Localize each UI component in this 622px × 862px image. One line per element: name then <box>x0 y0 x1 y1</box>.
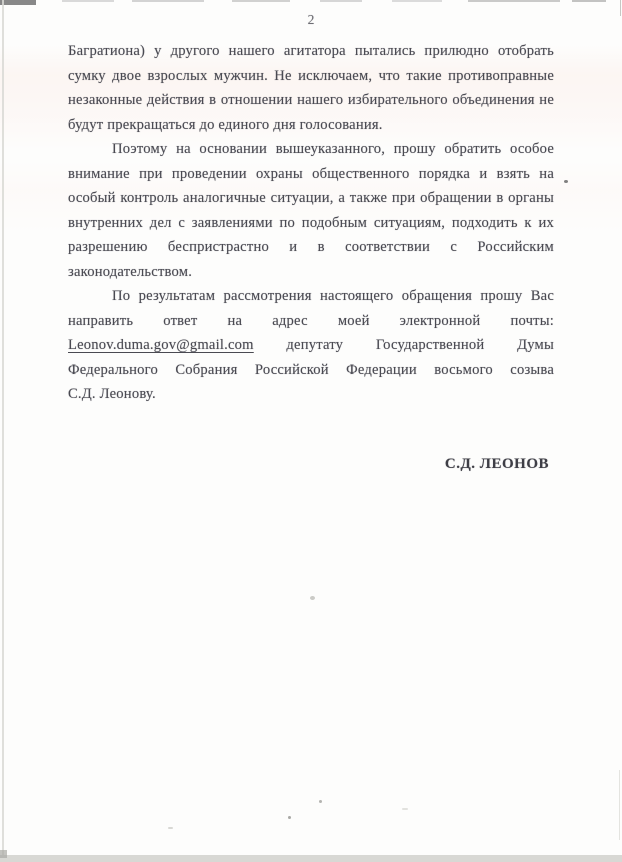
scan-artifact <box>468 0 560 2</box>
scan-artifact <box>132 0 204 2</box>
signature-name: С.Д. ЛЕОНОВ <box>445 456 549 473</box>
paragraph-line: будут прекращаться до единого дня голосо… <box>68 113 554 138</box>
scan-edge-right <box>619 770 620 840</box>
paragraph-line: направить ответ на адрес моей электронно… <box>68 309 554 334</box>
scan-artifact <box>232 0 290 2</box>
scan-speck <box>564 180 568 183</box>
paragraph-line: особый контроль аналогичные ситуации, а … <box>68 186 554 211</box>
paragraph-line: разрешению беспристрастно и в соответств… <box>68 235 554 260</box>
paragraph-line: незаконные действия в отношении нашего и… <box>68 88 554 113</box>
paragraph-line: законодательством. <box>68 260 554 285</box>
paragraph-line: Федерального Собрания Российской Федерац… <box>68 358 554 383</box>
scan-artifact <box>572 0 606 2</box>
letter-body: Багратиона) у другого нашего агитатора п… <box>68 39 554 407</box>
paragraph-line: сумку двое взрослых мужчин. Не исключаем… <box>68 64 554 89</box>
scan-edge-bottom <box>0 855 622 862</box>
scan-artifact <box>392 0 442 2</box>
paragraph-line: Поэтому на основании вышеуказанного, про… <box>68 137 554 162</box>
line-text: Государственной <box>376 337 485 353</box>
scan-speck <box>319 800 322 803</box>
paragraph-line: внутренних дел с заявлениями по подобным… <box>68 211 554 236</box>
scan-speck <box>168 827 173 829</box>
paragraph-line: Багратиона) у другого нашего агитатора п… <box>68 39 554 64</box>
scanned-letter-page: 2 Багратиона) у другого нашего агитатора… <box>0 0 622 862</box>
scan-speck <box>402 808 408 810</box>
scan-artifact <box>0 850 7 858</box>
paragraph-line: По результатам рассмотрения настоящего о… <box>68 284 554 309</box>
scan-artifact <box>62 0 114 2</box>
paragraph-line: внимание при проведении охраны обществен… <box>68 162 554 187</box>
paragraph-line: С.Д. Леонову. <box>68 382 554 407</box>
line-text: депутату <box>286 337 343 353</box>
line-text: Думы <box>517 337 554 353</box>
email-address: Leonov.duma.gov@gmail.com <box>68 337 254 353</box>
paragraph-line: Leonov.duma.gov@gmail.com депутату Госуд… <box>68 333 554 358</box>
scan-speck <box>288 816 291 819</box>
scan-artifact <box>0 0 36 5</box>
scan-edge-left <box>2 0 4 862</box>
scan-speck <box>310 596 315 600</box>
scan-artifact <box>320 0 362 2</box>
page-number: 2 <box>0 12 622 28</box>
